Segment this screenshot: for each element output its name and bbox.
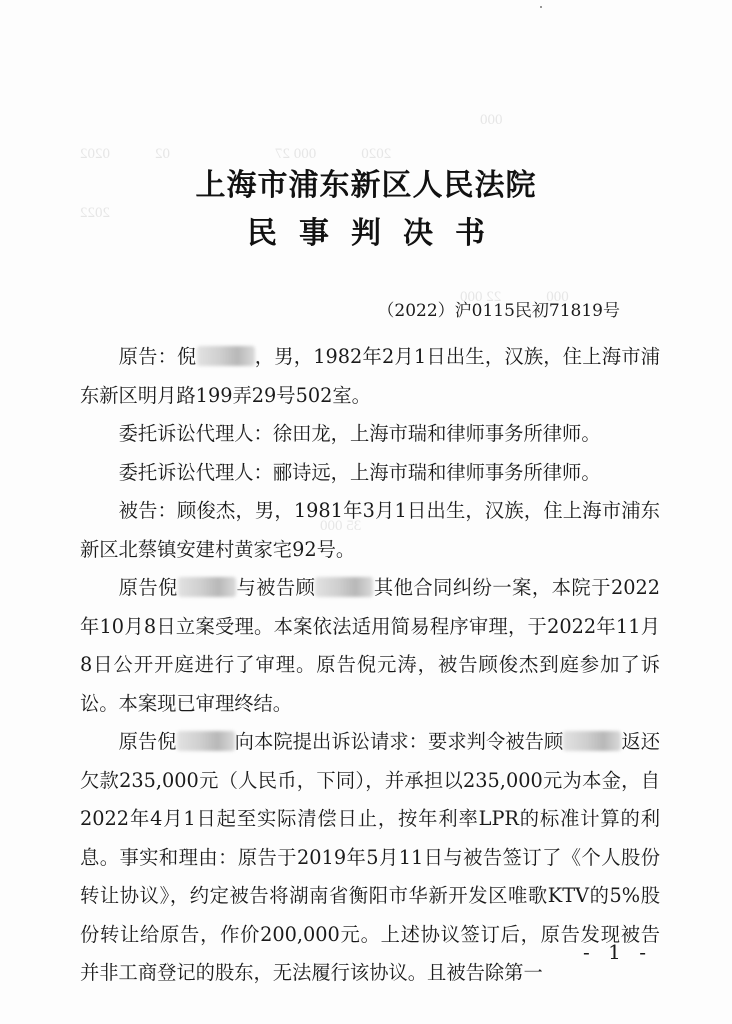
redacted-name <box>197 346 255 366</box>
court-name: 上海市浦东新区人民法院 <box>0 160 732 204</box>
redacted-name <box>563 731 621 751</box>
body-paragraph: 原告倪与被告顾其他合同纠纷一案，本院于2022年10月8日立案受理。本案依法适用… <box>80 569 660 723</box>
body-paragraph: 被告：顾俊杰，男，1981年3月1日出生，汉族，住上海市浦东新区北蔡镇安建村黄家… <box>80 492 660 569</box>
paragraph-text: 原告倪 <box>119 730 177 753</box>
body-paragraph: 委托诉讼代理人：徐田龙，上海市瑞和律师事务所律师。 <box>80 415 660 454</box>
document-type-title: 民事判决书 <box>0 208 732 252</box>
paragraph-text: 原告倪 <box>119 576 178 599</box>
paragraph-text: 返还欠款235,000元（人民币，下同），并承担以235,000元为本金，自20… <box>80 730 660 984</box>
paragraph-text: 被告：顾俊杰，男，1981年3月1日出生，汉族，住上海市浦东新区北蔡镇安建村黄家… <box>80 499 660 561</box>
body-paragraph: 原告倪向本院提出诉讼请求：要求判令被告顾返还欠款235,000元（人民币，下同）… <box>80 723 660 993</box>
bleed-through-text: 000 <box>480 112 503 129</box>
judgment-body: 原告：倪，男，1982年2月1日出生，汉族，住上海市浦东新区明月路199弄29号… <box>80 338 660 993</box>
redacted-name <box>315 577 373 597</box>
paragraph-text: 与被告顾 <box>236 576 316 599</box>
redacted-name <box>178 577 236 597</box>
body-paragraph: 原告：倪，男，1982年2月1日出生，汉族，住上海市浦东新区明月路199弄29号… <box>80 338 660 415</box>
paragraph-text: 委托诉讼代理人：徐田龙，上海市瑞和律师事务所律师。 <box>119 422 601 445</box>
body-paragraph: 委托诉讼代理人：郦诗远，上海市瑞和律师事务所律师。 <box>80 454 660 493</box>
paragraph-text: 向本院提出诉讼请求：要求判令被告顾 <box>235 730 564 753</box>
redacted-name <box>177 731 235 751</box>
scan-speck <box>540 6 542 8</box>
paragraph-text: 委托诉讼代理人：郦诗远，上海市瑞和律师事务所律师。 <box>119 461 601 484</box>
page-number: - 1 - <box>583 940 652 964</box>
paragraph-text: 原告：倪 <box>119 345 197 368</box>
document-page: 000 2020 000 27 02 0202 2022 000 22 000 … <box>0 0 732 1024</box>
case-number: （2022）沪0115民初71819号 <box>377 296 620 321</box>
